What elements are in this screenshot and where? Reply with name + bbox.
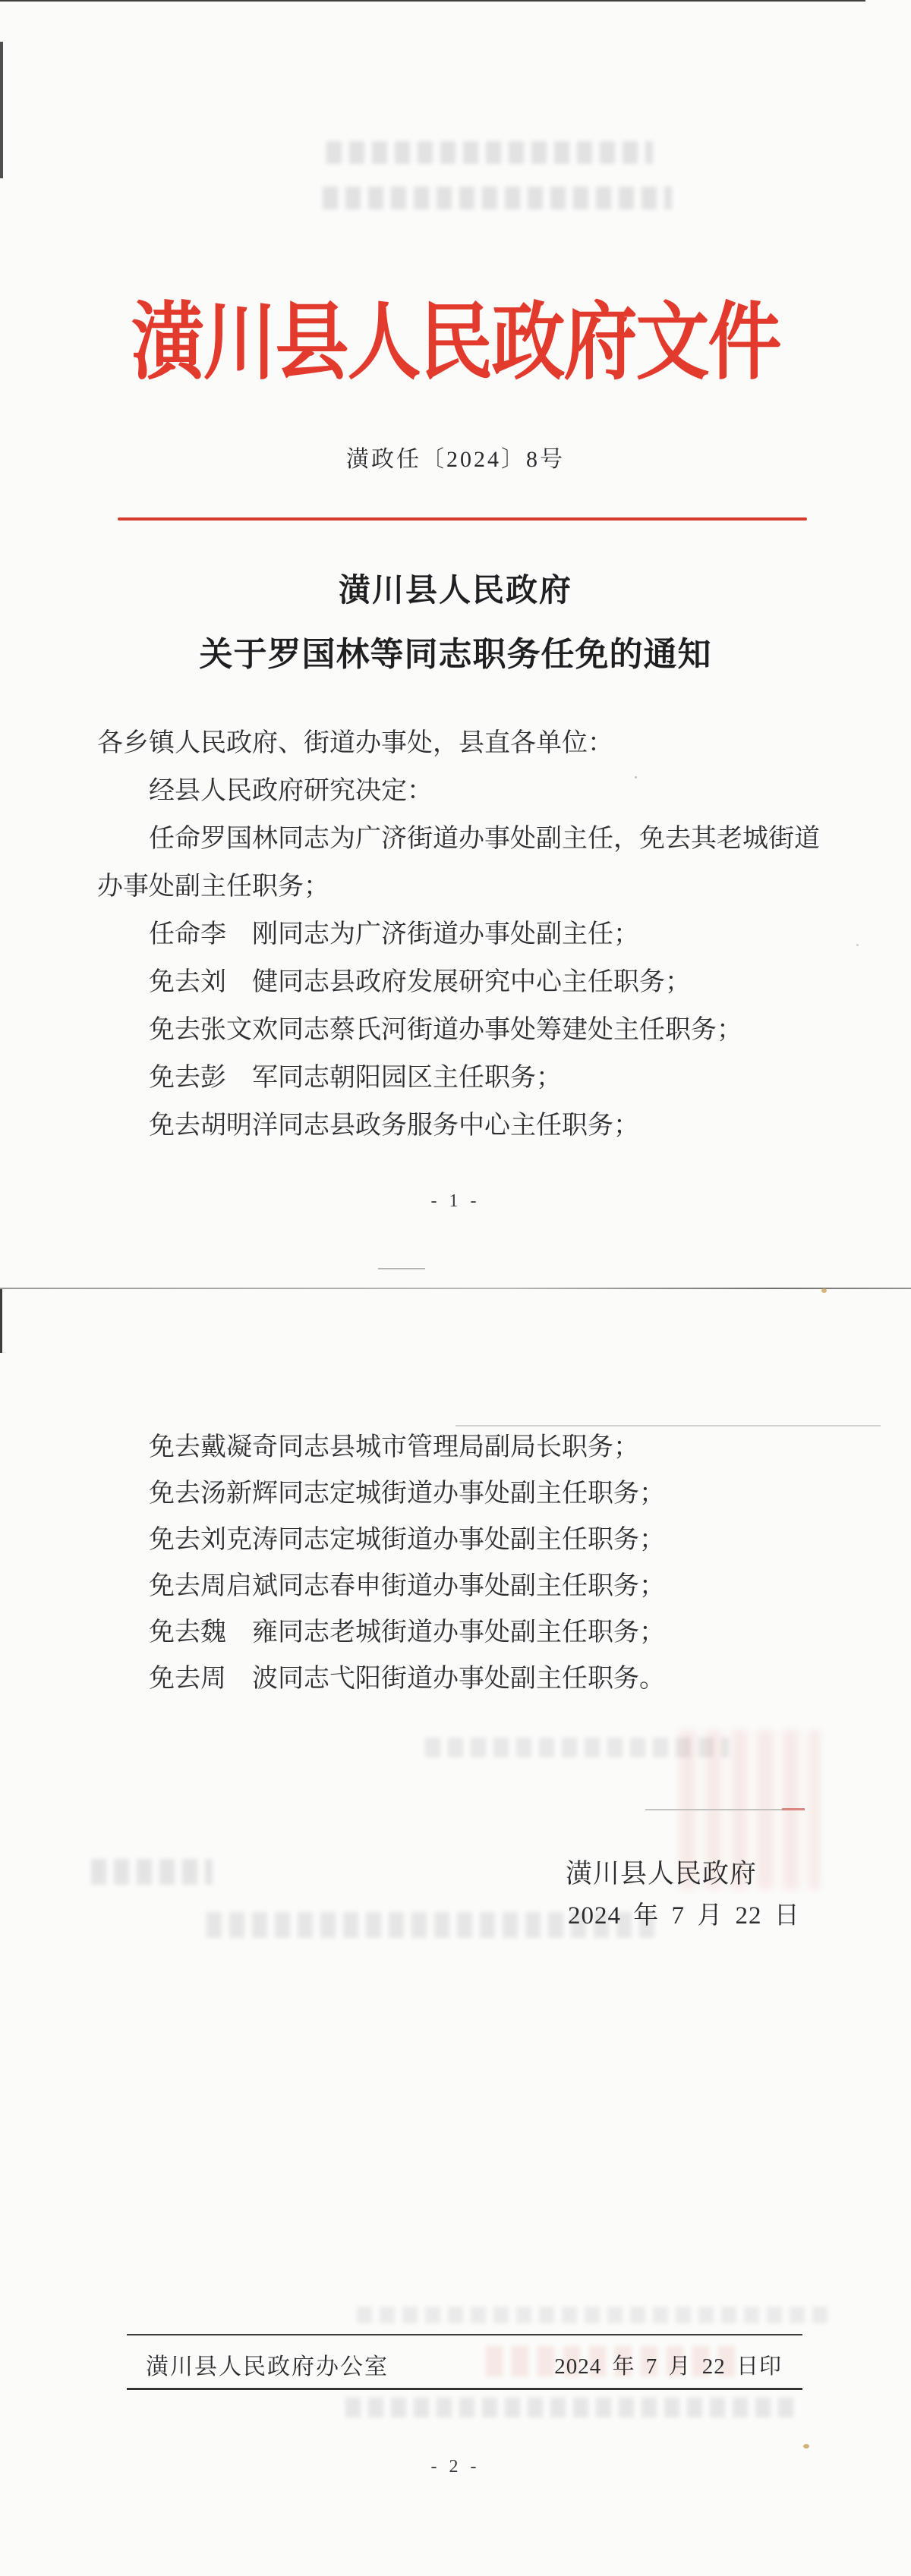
footer-print-date: 2024 年 7 月 22 日印 <box>554 2349 782 2380</box>
body-line: 免去刘 健同志县政府发展研究中心主任职务； <box>97 958 820 1006</box>
red-divider-rule <box>118 517 807 521</box>
page2-body: 免去戴凝奇同志县城市管理局副局长职务；免去汤新辉同志定城街道办事处副主任职务；免… <box>97 1424 820 1702</box>
body-line: 免去魏 雍同志老城街道办事处副主任职务； <box>97 1609 820 1656</box>
scan-speck <box>821 1288 827 1293</box>
scan-artifact-line <box>645 1809 783 1810</box>
body-line: 任命罗国林同志为广济街道办事处副主任，免去其老城街道 <box>97 815 820 863</box>
body-line: 免去胡明洋同志县政务服务中心主任职务； <box>97 1102 820 1150</box>
bleed-through-smudge <box>326 141 653 164</box>
body-line: 免去周 波同志弋阳街道办事处副主任职务。 <box>97 1656 820 1702</box>
footer-office-name: 潢川县人民政府办公室 <box>146 2348 389 2381</box>
scan-artifact-dash <box>378 1268 425 1269</box>
bleed-through-smudge <box>357 2307 827 2323</box>
doc-number: 潢政任〔2024〕8号 <box>0 440 911 473</box>
body-line: 各乡镇人民政府、街道办事处，县直各单位： <box>97 719 820 767</box>
bleed-through-smudge <box>425 1738 729 1757</box>
body-line: 免去戴凝奇同志县城市管理局副局长职务； <box>97 1424 820 1470</box>
notice-title-line2: 关于罗国林等同志职务任免的通知 <box>0 627 911 675</box>
footer-top-rule <box>127 2334 802 2335</box>
body-line: 经县人民政府研究决定： <box>97 767 820 815</box>
notice-title-line1: 潢川县人民政府 <box>0 565 911 611</box>
bleed-through-smudge <box>323 187 672 209</box>
page-number-1: - 1 - <box>410 1191 501 1212</box>
body-line: 免去张文欢同志蔡氏河街道办事处筹建处主任职务； <box>97 1006 820 1054</box>
body-line: 办事处副主任职务； <box>97 863 820 911</box>
signature-issuer: 潢川县人民政府 <box>566 1853 757 1891</box>
body-line: 免去周启斌同志春申街道办事处副主任职务； <box>97 1563 820 1609</box>
scan-edge-left <box>0 42 3 178</box>
masthead-title: 潢川县人民政府文件 <box>0 275 911 404</box>
body-line: 免去刘克涛同志定城街道办事处副主任职务； <box>97 1517 820 1563</box>
footer-bottom-rule <box>127 2388 802 2390</box>
scan-speck <box>856 944 859 946</box>
signature-date: 2024 年 7 月 22 日 <box>568 1895 800 1931</box>
bleed-through-smudge <box>345 2398 801 2417</box>
scan-speck <box>803 2444 809 2449</box>
body-line: 免去汤新辉同志定城街道办事处副主任职务； <box>97 1470 820 1517</box>
scanned-document: 潢川县人民政府文件 潢政任〔2024〕8号 潢川县人民政府 关于罗国林等同志职务… <box>0 0 911 2576</box>
scan-artifact-line-red <box>782 1808 805 1810</box>
bleed-through-smudge <box>91 1859 213 1885</box>
scan-edge-top <box>0 0 865 2</box>
body-line: 免去彭 军同志朝阳园区主任职务； <box>97 1054 820 1102</box>
page1-body: 各乡镇人民政府、街道办事处，县直各单位：经县人民政府研究决定：任命罗国林同志为广… <box>97 719 820 1150</box>
page-separator <box>0 1288 911 1289</box>
scan-edge-left <box>0 1288 2 1353</box>
page-number-2: - 2 - <box>410 2457 501 2477</box>
scan-speck <box>635 776 637 778</box>
body-line: 任命李 刚同志为广济街道办事处副主任； <box>97 911 820 958</box>
